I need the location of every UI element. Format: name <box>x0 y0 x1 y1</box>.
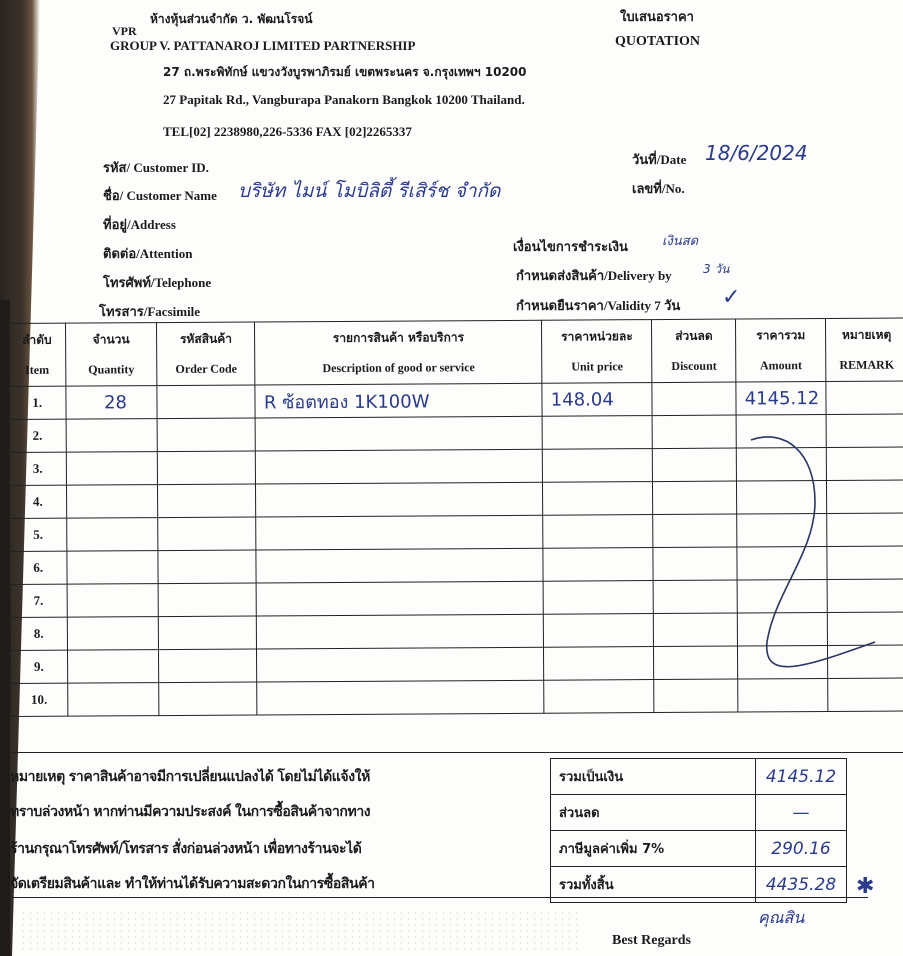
grand-total-label: รวมทั้งสิ้น <box>551 867 756 903</box>
cell-description <box>256 416 543 451</box>
cell-quantity <box>67 617 159 651</box>
cell-unit-price <box>543 449 653 483</box>
table-row: 3. <box>9 447 903 485</box>
cell-item: 7. <box>10 584 67 617</box>
cell-quantity <box>66 518 158 552</box>
cell-item: 1. <box>9 386 66 419</box>
cell-code <box>159 616 257 650</box>
customer-address-label: ที่อยู่/Address <box>103 214 176 235</box>
cell-quantity <box>67 683 159 717</box>
cell-unit-price <box>543 548 653 582</box>
cell-description: R ซ้อตทอง 1K100W <box>255 383 542 418</box>
note-line-2: ทราบล่วงหน้า หากท่านมีความประสงค์ ในการซ… <box>10 801 370 823</box>
column-header-en: Item <box>9 355 65 385</box>
column-header-th: ส่วนลด <box>652 321 735 352</box>
payment-terms-value: เงินสด <box>662 230 698 251</box>
column-header-th: ลำดับ <box>9 325 65 355</box>
validity-label: กำหนดยืนราคา/Validity 7 วัน <box>516 295 680 316</box>
cell-amount <box>737 481 827 515</box>
column-header: รายการสินค้า หรือบริการDescription of go… <box>255 320 542 385</box>
table-body: 1.28R ซ้อตทอง 1K100W148.044145.122.3.4.5… <box>9 381 903 716</box>
telephone-label: โทรศัพท์/Telephone <box>103 272 211 293</box>
grand-total-value: 4435.28 <box>756 867 847 903</box>
cell-code <box>158 451 256 485</box>
closing-text: Best Regards <box>612 933 691 949</box>
cell-quantity <box>66 452 158 486</box>
column-header-th: ราคาหน่วยละ <box>542 321 651 352</box>
cell-quantity <box>67 650 159 684</box>
column-header: หมายเหตุREMARK <box>826 318 903 381</box>
cell-description <box>257 680 544 715</box>
cell-quantity: 28 <box>65 386 157 420</box>
cell-description <box>257 614 544 649</box>
cell-unit-price: 148.04 <box>542 383 652 417</box>
cell-description <box>256 449 543 484</box>
cell-remark <box>827 480 903 513</box>
vat-row: ภาษีมูลค่าเพิ่ม 7% 290.16 <box>551 831 847 867</box>
customer-name-value: บริษัท ไมน์ โมบิลิตี้ รีเสิร์ช จำกัด <box>238 176 500 206</box>
column-header-en: REMARK <box>826 350 903 380</box>
table-row: 4. <box>9 480 903 518</box>
note-line-1: หมายเหตุ ราคาสินค้าอาจมีการเปลี่ยนแปลงได… <box>10 766 370 788</box>
cell-quantity <box>66 419 158 453</box>
cell-description <box>256 515 543 550</box>
cell-discount <box>653 514 737 548</box>
cell-item: 9. <box>11 650 68 683</box>
column-header-th: ราคารวม <box>736 320 825 351</box>
cell-code <box>158 517 256 551</box>
cell-amount <box>737 580 827 614</box>
checkmark-icon: ✓ <box>722 284 740 310</box>
cell-unit-price <box>543 515 653 549</box>
star-annotation-icon: ✱ <box>856 873 874 899</box>
company-contact: TEL[02] 2238980,226-5336 FAX [02]2265337 <box>163 124 412 140</box>
cell-amount <box>738 613 828 647</box>
cell-item: 6. <box>10 551 67 584</box>
company-address-th: 27 ถ.พระพิทักษ์ แขวงวังบูรพาภิรมย์ เขตพร… <box>163 63 527 82</box>
cell-code <box>158 550 256 584</box>
column-header-en: Amount <box>736 350 825 381</box>
cell-discount <box>653 580 737 614</box>
cell-code <box>159 583 257 617</box>
delivery-value: 3 วัน <box>703 260 729 279</box>
cell-remark <box>827 612 903 645</box>
cell-item: 10. <box>11 683 68 716</box>
date-label: วันที่/Date <box>632 149 686 170</box>
cell-remark <box>828 645 903 678</box>
subtotal-row: รวมเป็นเงิน 4145.12 <box>551 759 847 795</box>
company-address-en: 27 Papitak Rd., Vangburapa Panakorn Bang… <box>163 92 525 108</box>
table-row: 8. <box>10 612 903 650</box>
company-name-en: GROUP V. PATTANAROJ LIMITED PARTNERSHIP <box>110 38 415 54</box>
cell-discount <box>654 613 738 647</box>
cell-discount <box>654 646 738 680</box>
attention-label: ติดต่อ/Attention <box>103 243 192 264</box>
cell-remark <box>826 414 903 447</box>
company-name-th: ห้างหุ้นส่วนจำกัด ว. พัฒนโรจน์ <box>150 10 312 29</box>
subtotal-label: รวมเป็นเงิน <box>551 759 756 795</box>
cell-remark <box>826 447 903 480</box>
cell-amount: 4145.12 <box>736 382 826 416</box>
document-title-en: QUOTATION <box>615 34 700 50</box>
cell-discount <box>652 415 736 449</box>
cell-quantity <box>67 584 159 618</box>
totals-table: รวมเป็นเงิน 4145.12 ส่วนลด — ภาษีมูลค่าเ… <box>550 758 847 903</box>
cell-amount <box>737 547 827 581</box>
cell-description <box>257 647 544 682</box>
cell-item: 3. <box>9 452 66 485</box>
cell-remark <box>827 546 903 579</box>
fax-label: โทรสาร/Facsimile <box>99 301 200 322</box>
column-header-th: รายการสินค้า หรือบริการ <box>255 322 541 354</box>
cell-item: 4. <box>9 485 66 518</box>
column-header-en: Quantity <box>66 354 157 385</box>
customer-id-label: รหัส/ Customer ID. <box>103 157 209 178</box>
signature-handwritten: คุณสิน <box>758 906 804 931</box>
column-header: ลำดับItem <box>9 323 66 386</box>
number-label: เลขที่/No. <box>632 178 685 199</box>
table-row: 6. <box>10 546 903 584</box>
column-header: ส่วนลดDiscount <box>652 319 736 383</box>
note-line-3: ร้านกรุณาโทรศัพท์/โทรสาร สั่งก่อนล่วงหน้… <box>10 838 362 860</box>
cell-amount <box>736 448 826 482</box>
cell-description <box>256 548 543 583</box>
scan-noise <box>20 910 580 950</box>
column-header: ราคารวมAmount <box>736 319 826 383</box>
cell-item: 8. <box>10 617 67 650</box>
payment-terms-label: เงื่อนไขการชำระเงิน <box>513 236 628 257</box>
cell-remark <box>827 513 903 546</box>
document-title-th: ใบเสนอราคา <box>620 6 694 27</box>
vat-label: ภาษีมูลค่าเพิ่ม 7% <box>551 831 756 867</box>
cell-item: 5. <box>10 518 67 551</box>
table-row: 2. <box>9 414 903 452</box>
cell-remark <box>828 678 903 711</box>
column-header: ราคาหน่วยละUnit price <box>542 320 652 384</box>
items-table: ลำดับItemจำนวนQuantityรหัสสินค้าOrder Co… <box>8 318 903 717</box>
cell-description <box>256 482 543 517</box>
cell-code <box>157 385 255 419</box>
cell-code <box>158 484 256 518</box>
cell-unit-price <box>544 647 654 681</box>
column-header-th: รหัสสินค้า <box>157 323 254 354</box>
cell-discount <box>653 448 737 482</box>
column-header-en: Order Code <box>158 353 255 384</box>
table-header-row: ลำดับItemจำนวนQuantityรหัสสินค้าOrder Co… <box>9 318 903 386</box>
table-row: 7. <box>10 579 903 617</box>
cell-discount <box>652 382 736 416</box>
cell-code <box>159 682 257 716</box>
table-row: 10. <box>11 678 903 716</box>
column-header: รหัสสินค้าOrder Code <box>157 322 255 386</box>
column-header-th: หมายเหตุ <box>826 320 903 350</box>
divider-line <box>8 752 903 753</box>
cell-remark <box>826 381 903 414</box>
column-header: จำนวนQuantity <box>65 323 157 387</box>
discount-value: — <box>756 795 847 831</box>
cell-amount <box>738 678 828 712</box>
cell-code <box>159 649 257 683</box>
cell-description <box>257 581 544 616</box>
cell-unit-price <box>543 482 653 516</box>
cell-remark <box>827 579 903 612</box>
vat-value: 290.16 <box>756 831 847 867</box>
company-prefix: VPR <box>112 24 137 39</box>
cell-quantity <box>66 551 158 585</box>
cell-amount <box>737 514 827 548</box>
cell-code <box>158 418 256 452</box>
grand-total-row: รวมทั้งสิ้น 4435.28 <box>551 867 847 903</box>
note-line-4: จัดเตรียมสินค้าและ ทำให้ท่านได้รับความสะ… <box>10 873 375 895</box>
delivery-label: กำหนดส่งสินค้า/Delivery by <box>516 265 672 286</box>
subtotal-value: 4145.12 <box>756 759 847 795</box>
cell-unit-price <box>544 614 654 648</box>
cell-quantity <box>66 485 158 519</box>
column-header-en: Unit price <box>542 351 651 382</box>
table-row: 5. <box>10 513 903 551</box>
discount-row: ส่วนลด — <box>551 795 847 831</box>
cell-discount <box>654 679 738 713</box>
customer-name-label: ชื่อ/ Customer Name <box>103 185 217 206</box>
table-row: 1.28R ซ้อตทอง 1K100W148.044145.12 <box>9 381 903 419</box>
discount-label: ส่วนลด <box>551 795 756 831</box>
cell-amount <box>738 645 828 679</box>
column-header-th: จำนวน <box>66 324 157 355</box>
cell-unit-price <box>543 581 653 615</box>
cell-discount <box>653 481 737 515</box>
date-value: 18/6/2024 <box>705 141 808 165</box>
cell-discount <box>653 547 737 581</box>
cell-unit-price <box>544 680 654 714</box>
column-header-en: Discount <box>653 351 736 382</box>
table-row: 9. <box>11 645 903 683</box>
cell-amount <box>736 415 826 449</box>
cell-item: 2. <box>9 419 66 452</box>
column-header-en: Description of good or service <box>256 352 542 384</box>
cell-unit-price <box>542 416 652 450</box>
